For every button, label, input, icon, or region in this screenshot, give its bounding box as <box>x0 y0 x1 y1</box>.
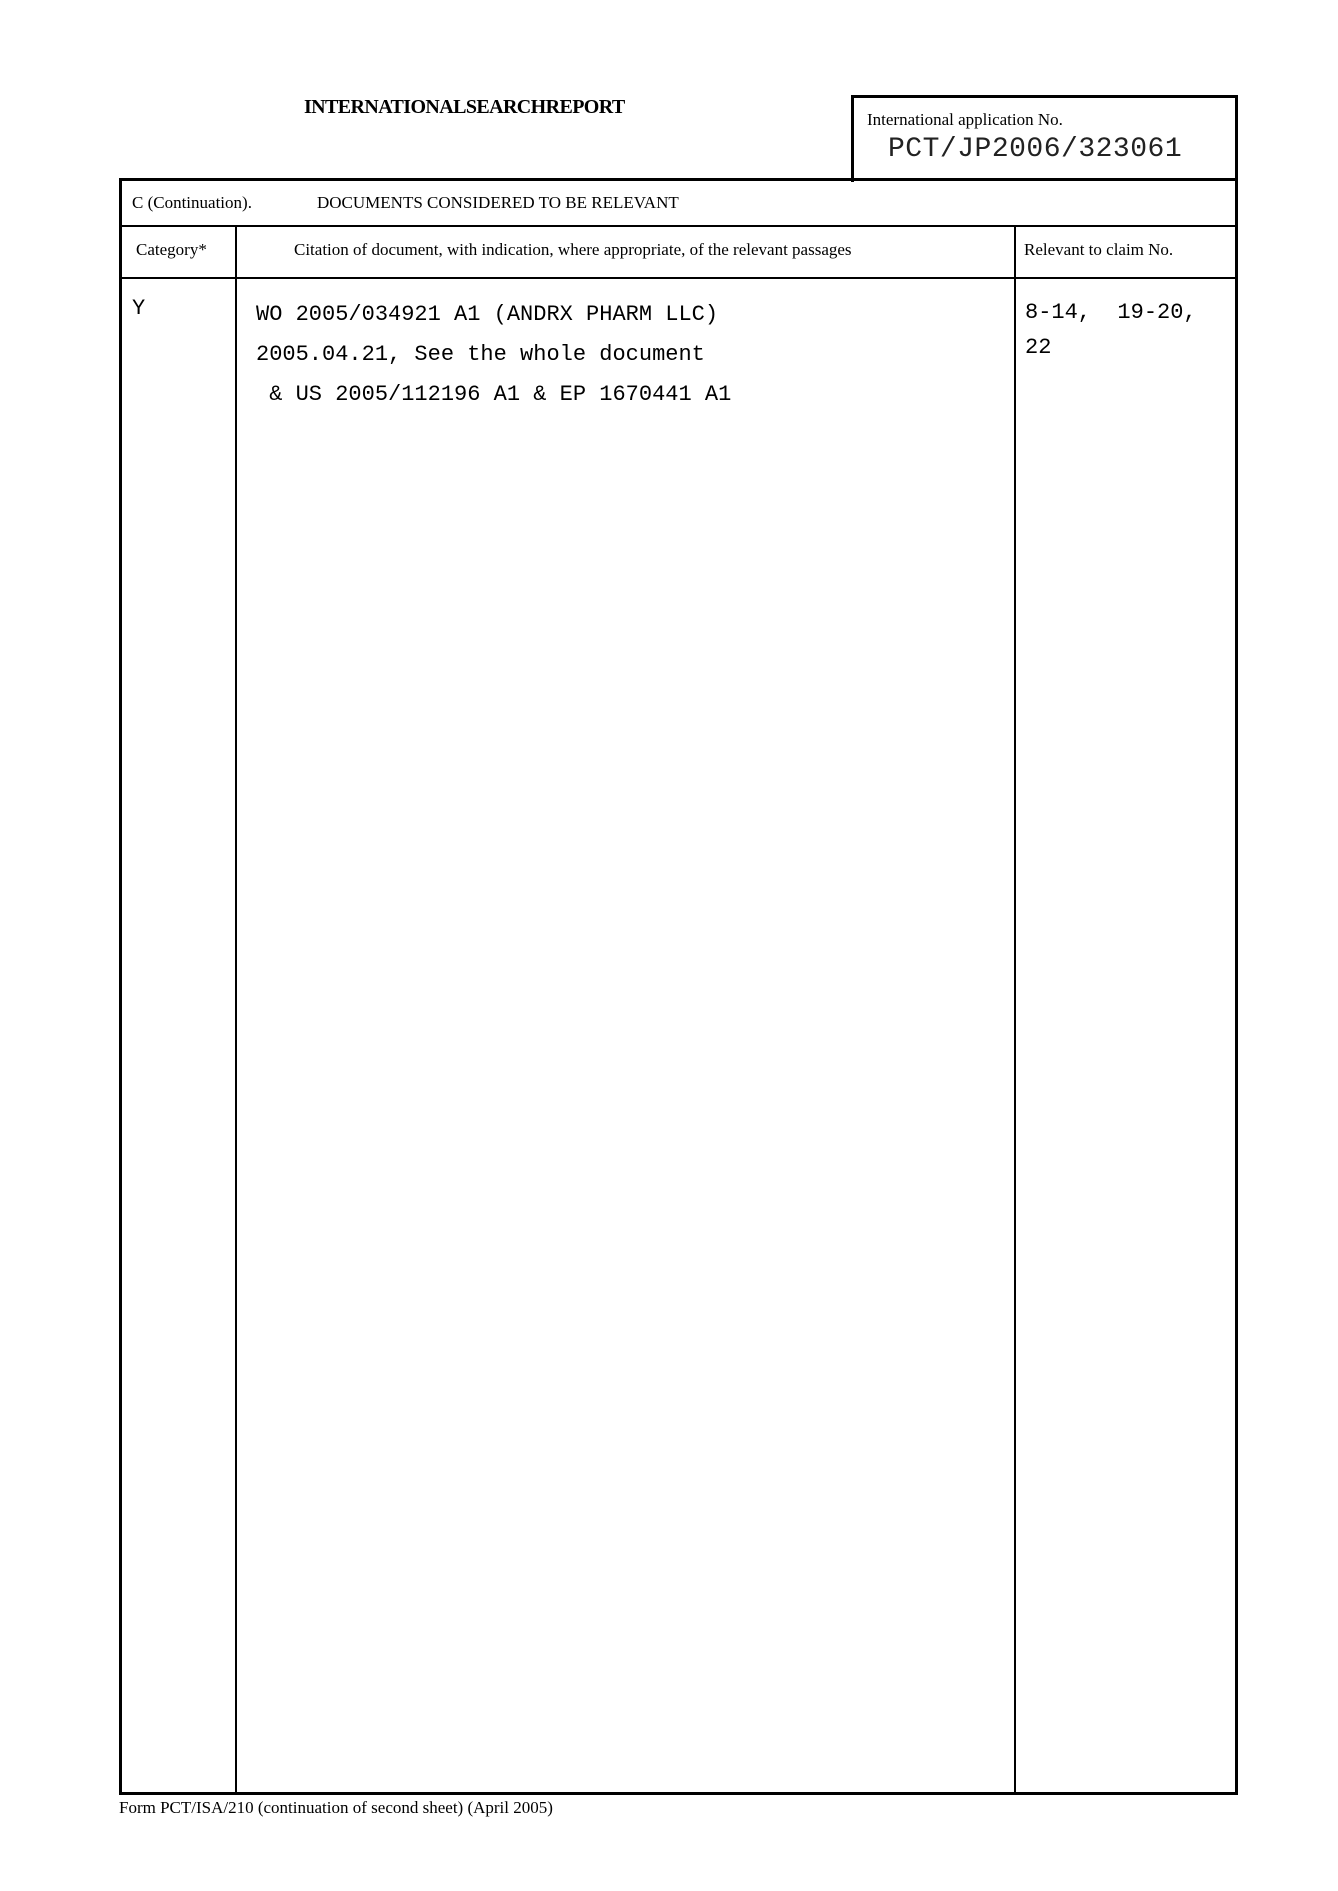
continuation-row: C (Continuation). DOCUMENTS CONSIDERED T… <box>122 181 1235 227</box>
citation-line: 2005.04.21, See the whole document <box>256 335 731 375</box>
relevant-claims-line: 8-14, 19-20, <box>1025 295 1197 330</box>
application-number-box: International application No. PCT/JP2006… <box>851 95 1238 182</box>
table-row-category: Y <box>132 296 145 321</box>
citation-line: WO 2005/034921 A1 (ANDRX PHARM LLC) <box>256 295 731 335</box>
column-header-category: Category* <box>136 240 207 260</box>
column-divider-category <box>235 227 237 1792</box>
column-header-citation: Citation of document, with indication, w… <box>294 240 852 260</box>
table-row-relevant-claims: 8-14, 19-20,22 <box>1025 295 1197 365</box>
continuation-label: C (Continuation). <box>132 193 252 213</box>
relevant-claims-line: 22 <box>1025 330 1197 365</box>
application-number: PCT/JP2006/323061 <box>888 134 1182 165</box>
form-footer: Form PCT/ISA/210 (continuation of second… <box>119 1798 553 1818</box>
section-title: DOCUMENTS CONSIDERED TO BE RELEVANT <box>317 193 679 213</box>
application-number-label: International application No. <box>867 110 1063 130</box>
citation-line: & US 2005/112196 A1 & EP 1670441 A1 <box>256 375 731 415</box>
documents-table: C (Continuation). DOCUMENTS CONSIDERED T… <box>119 178 1238 1795</box>
column-header-row: Category* Citation of document, with ind… <box>122 227 1235 279</box>
column-divider-relevant <box>1014 227 1016 1792</box>
column-header-relevant: Relevant to claim No. <box>1024 240 1173 260</box>
table-row-citation: WO 2005/034921 A1 (ANDRX PHARM LLC)2005.… <box>256 295 731 415</box>
report-title: INTERNATIONALSEARCHREPORT <box>304 96 625 119</box>
